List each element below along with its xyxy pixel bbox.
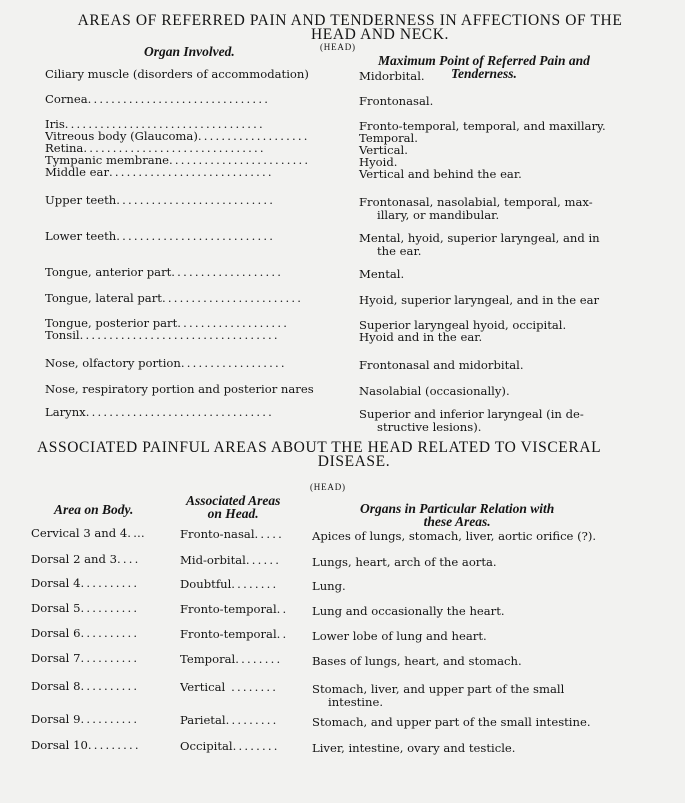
section2-area-cell: Dorsal 4.......... <box>31 577 171 590</box>
referred-point: Mental, hyoid, superior laryngeal, and i… <box>359 232 649 245</box>
referred-point-continued: structive lesions). <box>359 421 649 434</box>
leader-dots: ........ <box>231 578 278 591</box>
leader-dots: .......... <box>80 577 139 590</box>
section1-organ-cell: Vitreous body (Glaucoma)................… <box>45 130 353 143</box>
section1-point-cell: Mental. <box>359 268 649 281</box>
area-on-body: Dorsal 2 and 3 <box>31 553 117 566</box>
leader-dots: ................... <box>177 317 289 330</box>
leader-dots: .. <box>277 628 289 641</box>
organ-name: Iris <box>45 118 65 131</box>
leader-dots: .......... <box>80 602 139 615</box>
organ-name: Tongue, anterior part <box>45 266 171 279</box>
referred-point: Superior and inferior laryngeal (in de- <box>359 408 649 421</box>
organ-name: Larynx <box>45 406 86 419</box>
organ-name: Middle ear <box>45 166 109 179</box>
associated-area: Parietal <box>180 714 226 727</box>
related-organs: Apices of lungs, stomach, liver, aortic … <box>312 530 642 543</box>
leader-dots: .......... <box>80 627 139 640</box>
associated-area: Fronto-temporal <box>180 628 277 641</box>
leader-dots: ........................... <box>116 194 275 207</box>
related-organs: Liver, intestine, ovary and testicle. <box>312 742 642 755</box>
document-page: AREAS OF REFERRED PAIN AND TENDERNESS IN… <box>0 0 685 803</box>
referred-point: Frontonasal. <box>359 95 649 108</box>
organ-name: Nose, olfactory portion <box>45 357 181 370</box>
section1-point-cell: Frontonasal. <box>359 95 649 108</box>
section1-point-cell: Frontonasal and midorbital. <box>359 359 649 372</box>
leader-dots: ..... <box>255 528 284 541</box>
area-on-body: Dorsal 5 <box>31 602 80 615</box>
referred-point: Nasolabial (occasionally). <box>359 385 649 398</box>
referred-point: Midorbital. <box>359 70 649 83</box>
section1-organ-cell: Retina............................... <box>45 142 353 155</box>
section1-organ-cell: Nose, olfactory portion.................… <box>45 357 353 370</box>
section2-area-cell: Dorsal 7.......... <box>31 652 171 665</box>
section1-organ-cell: Nose, respiratory portion and posterior … <box>45 383 353 396</box>
referred-point: Hyoid, superior laryngeal, and in the ea… <box>359 294 649 307</box>
referred-point: Vertical. <box>359 144 649 157</box>
leader-dots: ............................ <box>109 166 274 179</box>
organ-name: Tympanic membrane <box>45 154 169 167</box>
section2-head-cell: Vertical ........ <box>180 681 308 694</box>
organ-name: Vitreous body (Glaucoma) <box>45 130 198 143</box>
area-on-body: Dorsal 10 <box>31 739 88 752</box>
section2-head-cell: Mid-orbital...... <box>180 554 308 567</box>
section2-area-cell: Dorsal 5.......... <box>31 602 171 615</box>
leader-dots: ......... <box>88 739 141 752</box>
organ-name: Retina <box>45 142 83 155</box>
leader-dots: .................................. <box>80 329 280 342</box>
section2-subheading: (HEAD) <box>310 482 346 492</box>
section1-organ-cell: Lower teeth........................... <box>45 230 353 243</box>
section1-organ-cell: Tongue, anterior part................... <box>45 266 353 279</box>
section2-organs-cell: Lung and occasionally the heart. <box>312 605 642 618</box>
leader-dots: .... <box>117 553 141 566</box>
related-organs-continued: intestine. <box>312 696 642 709</box>
related-organs: Stomach, liver, and upper part of the sm… <box>312 683 642 696</box>
section2-organs-cell: Lower lobe of lung and heart. <box>312 630 642 643</box>
section1-point-cell: Superior and inferior laryngeal (in de-s… <box>359 408 649 433</box>
related-organs: Bases of lungs, heart, and stomach. <box>312 655 642 668</box>
section2-area-cell: Dorsal 2 and 3.... <box>31 553 171 566</box>
section2-organs-cell: Liver, intestine, ovary and testicle. <box>312 742 642 755</box>
section1-point-cell: Mental, hyoid, superior laryngeal, and i… <box>359 232 649 257</box>
section2-col-header-head: Associated Areas on Head. <box>186 494 280 520</box>
leader-dots: ........................ <box>169 154 310 167</box>
referred-point: Mental. <box>359 268 649 281</box>
section1-organ-cell: Cornea............................... <box>45 93 353 106</box>
section1-organ-cell: Middle ear............................ <box>45 166 353 179</box>
leader-dots: ......... <box>226 714 279 727</box>
section1-organ-cell: Upper teeth........................... <box>45 194 353 207</box>
section2-col-header-organs: Organs in Particular Relation with these… <box>360 502 554 528</box>
related-organs: Stomach, and upper part of the small int… <box>312 716 642 729</box>
section1-organ-cell: Larynx................................ <box>45 406 353 419</box>
referred-point-continued: illary, or mandibular. <box>359 209 649 222</box>
referred-point: Frontonasal and midorbital. <box>359 359 649 372</box>
section2-col-header-area: Area on Body. <box>54 502 133 518</box>
leader-dots: ............................... <box>83 142 265 155</box>
referred-point-continued: the ear. <box>359 245 649 258</box>
organ-name: Tongue, lateral part <box>45 292 162 305</box>
section2-title-line2: DISEASE. <box>48 455 660 469</box>
col-header-organs-line2: these Areas. <box>360 515 554 528</box>
section1-point-cell: Midorbital. <box>359 70 649 83</box>
section1-col-header-organ: Organ Involved. <box>144 44 235 60</box>
section2-organs-cell: Lung. <box>312 580 642 593</box>
associated-area: Doubtful <box>180 578 231 591</box>
leader-dots: .................. <box>181 357 287 370</box>
section2-area-cell: Dorsal 6.......... <box>31 627 171 640</box>
related-organs: Lung. <box>312 580 642 593</box>
associated-area: Fronto-nasal <box>180 528 255 541</box>
section1-title-line2: HEAD AND NECK. <box>100 28 660 42</box>
section2-head-cell: Parietal......... <box>180 714 308 727</box>
associated-area: Temporal <box>180 653 235 666</box>
leader-dots: ................... <box>171 266 283 279</box>
section2-head-cell: Temporal........ <box>180 653 308 666</box>
section1-point-cell: Nasolabial (occasionally). <box>359 385 649 398</box>
area-on-body: Dorsal 4 <box>31 577 80 590</box>
related-organs: Lungs, heart, arch of the aorta. <box>312 556 642 569</box>
leader-dots: ................... <box>198 130 310 143</box>
leader-dots: .. <box>277 603 289 616</box>
associated-area: Mid-orbital <box>180 554 246 567</box>
section1-organ-cell: Tongue, lateral part....................… <box>45 292 353 305</box>
leader-dots: ........ <box>225 681 278 694</box>
section1-point-cell: Hyoid and in the ear. <box>359 331 649 344</box>
leader-dots: ................................ <box>86 406 274 419</box>
section2-area-cell: Dorsal 8.......... <box>31 680 171 693</box>
leader-dots: .......... <box>80 680 139 693</box>
section1-title: AREAS OF REFERRED PAIN AND TENDERNESS IN… <box>40 14 660 42</box>
section2-organs-cell: Lungs, heart, arch of the aorta. <box>312 556 642 569</box>
referred-point: Frontonasal, nasolabial, temporal, max- <box>359 196 649 209</box>
section2-area-cell: Dorsal 10......... <box>31 739 171 752</box>
organ-name: Tonsil <box>45 329 80 342</box>
referred-point: Vertical and behind the ear. <box>359 168 649 181</box>
associated-area: Fronto-temporal <box>180 603 277 616</box>
section1-organ-cell: Iris.................................. <box>45 118 353 131</box>
leader-dots: ........ <box>233 740 280 753</box>
leader-dots: ............................... <box>88 93 270 106</box>
section1-organ-cell: Tongue, posterior part..................… <box>45 317 353 330</box>
section1-organ-cell: Tympanic membrane.......................… <box>45 154 353 167</box>
associated-area: Vertical <box>180 681 225 694</box>
section2-head-cell: Doubtful........ <box>180 578 308 591</box>
section1-point-cell: Vertical. <box>359 144 649 157</box>
leader-dots: .................................. <box>65 118 265 131</box>
related-organs: Lung and occasionally the heart. <box>312 605 642 618</box>
leader-dots: ........................ <box>162 292 303 305</box>
section1-point-cell: Vertical and behind the ear. <box>359 168 649 181</box>
col-header-head-line2: on Head. <box>186 507 280 520</box>
section1-organ-cell: Ciliary muscle (disorders of accommodati… <box>45 68 353 81</box>
organ-name: Ciliary muscle (disorders of accommodati… <box>45 68 309 81</box>
leader-dots: .......... <box>80 652 139 665</box>
related-organs: Lower lobe of lung and heart. <box>312 630 642 643</box>
section1-point-cell: Frontonasal, nasolabial, temporal, max-i… <box>359 196 649 221</box>
organ-name: Tongue, posterior part <box>45 317 177 330</box>
area-on-body: Dorsal 8 <box>31 680 80 693</box>
area-on-body: Cervical 3 and 4 <box>31 527 127 540</box>
section2-head-cell: Fronto-temporal.. <box>180 628 308 641</box>
area-on-body: Dorsal 7 <box>31 652 80 665</box>
area-on-body: Dorsal 9 <box>31 713 80 726</box>
section2-head-cell: Occipital........ <box>180 740 308 753</box>
section1-subheading: (HEAD) <box>320 42 356 52</box>
referred-point: Hyoid and in the ear. <box>359 331 649 344</box>
organ-name: Upper teeth <box>45 194 116 207</box>
section2-area-cell: Dorsal 9.......... <box>31 713 171 726</box>
leader-dots: .… <box>127 527 147 540</box>
leader-dots: .......... <box>80 713 139 726</box>
section2-head-cell: Fronto-temporal.. <box>180 603 308 616</box>
section2-area-cell: Cervical 3 and 4.… <box>31 527 171 540</box>
associated-area: Occipital <box>180 740 233 753</box>
leader-dots: ........ <box>235 653 282 666</box>
area-on-body: Dorsal 6 <box>31 627 80 640</box>
leader-dots: ........................... <box>116 230 275 243</box>
section1-point-cell: Hyoid, superior laryngeal, and in the ea… <box>359 294 649 307</box>
section2-organs-cell: Apices of lungs, stomach, liver, aortic … <box>312 530 642 543</box>
organ-name: Lower teeth <box>45 230 116 243</box>
section2-organs-cell: Stomach, and upper part of the small int… <box>312 716 642 729</box>
section1-organ-cell: Tonsil.................................. <box>45 329 353 342</box>
section2-organs-cell: Stomach, liver, and upper part of the sm… <box>312 683 642 708</box>
section2-title: ASSOCIATED PAINFUL AREAS ABOUT THE HEAD … <box>30 441 660 469</box>
organ-name: Cornea <box>45 93 88 106</box>
section2-organs-cell: Bases of lungs, heart, and stomach. <box>312 655 642 668</box>
organ-name: Nose, respiratory portion and posterior … <box>45 383 314 396</box>
section2-head-cell: Fronto-nasal..... <box>180 528 308 541</box>
leader-dots: ...... <box>246 554 281 567</box>
